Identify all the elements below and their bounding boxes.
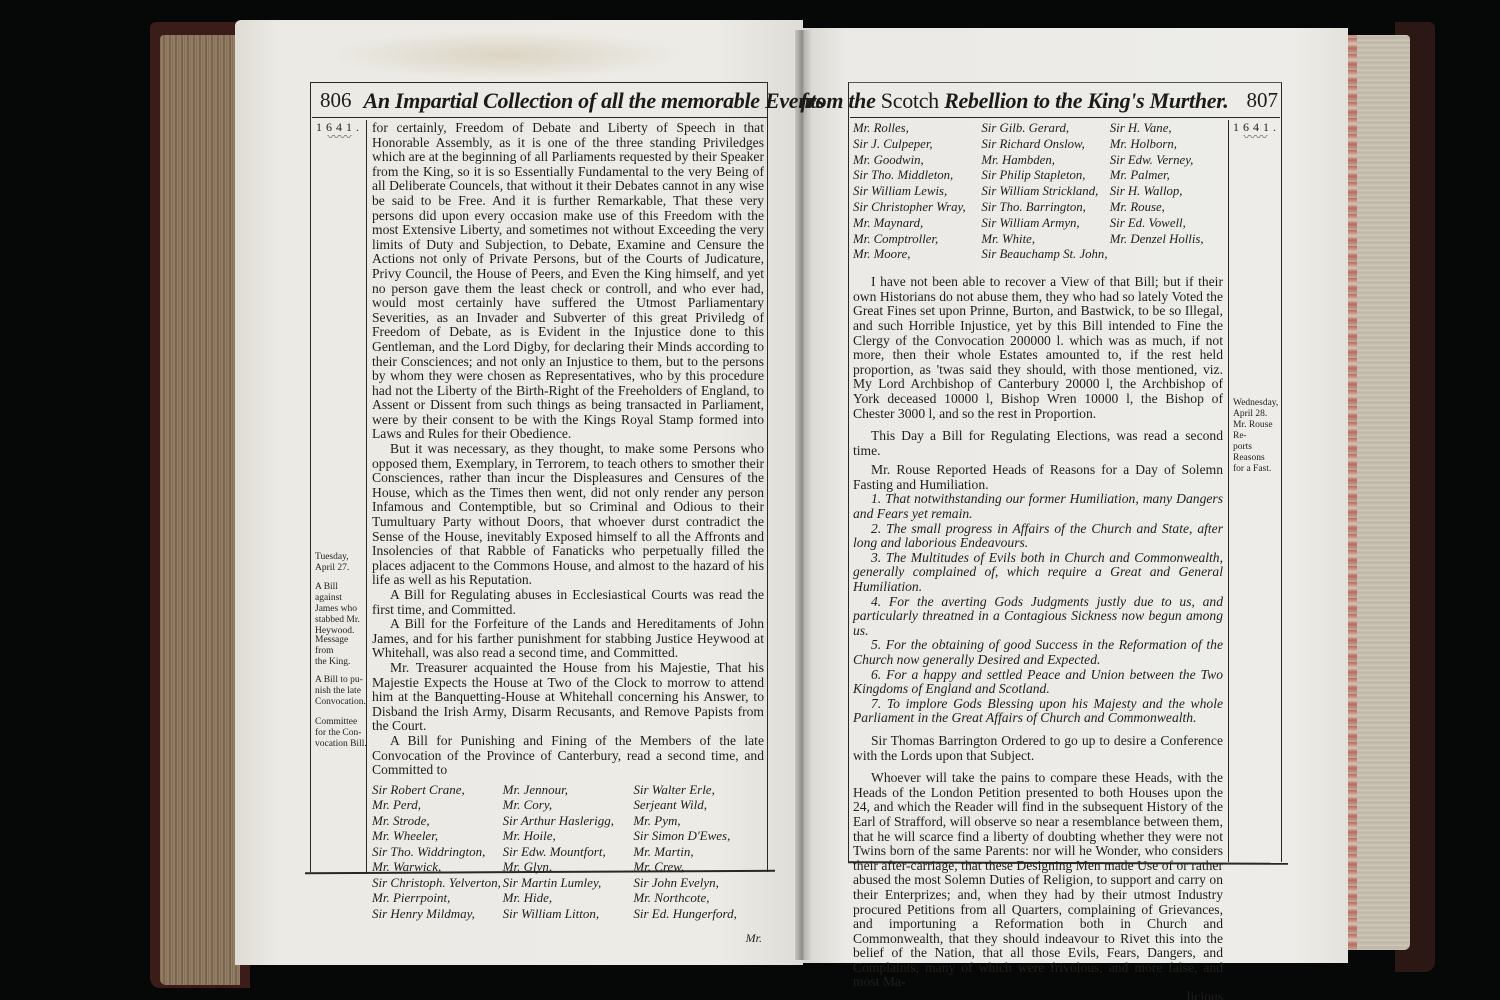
committee-member-name: Mr. Perd, [372,797,503,813]
committee-member-name: Sir Walter Erle, [633,782,764,798]
left-margin-notes: 1641. 〰〰 Tuesday,April 27.A Bill against… [312,120,367,872]
reasons-list: 1. That notwithstanding our former Humil… [853,492,1223,726]
margin-note: Wednesday,April 28.Mr. Rouse Re-ports Re… [1233,398,1285,475]
committee-member-name: Sir Christoph. Yelverton, [372,875,503,891]
committee-member-name: Sir Ed. Vowell, [1110,216,1223,232]
committee-member-name: Sir Henry Mildmay, [372,906,503,922]
committee-member-name: Sir Christopher Wray, [853,200,981,216]
committee-name-list: Mr. Rolles,Sir Gilb. Gerard,Sir H. Vane,… [853,121,1223,263]
page-number: 807 [1247,88,1279,113]
committee-member-name: Sir Tho. Barrington, [981,200,1109,216]
paragraph: This Day a Bill for Regulating Elections… [853,429,1223,458]
committee-member-name: Sir Martin Lumley, [503,875,634,891]
committee-member-name: Mr. Rouse, [1110,200,1223,216]
margin-note: Committeefor the Con-vocation Bill. [315,717,367,750]
left-running-head: 806 An Impartial Collection of all the m… [312,84,767,118]
committee-member-name: Sir William Lewis, [853,184,981,200]
paragraph: for certainly, Freedom of Debate and Lib… [372,121,764,442]
committee-member-name: Sir Gilb. Gerard, [981,121,1109,137]
left-page-body: for certainly, Freedom of Debate and Lib… [372,121,764,946]
margin-note: Message fromthe King. [315,635,367,668]
water-stain [325,30,685,80]
catchword: licious [853,990,1223,1000]
committee-member-name: Sir Arthur Haslerigg, [503,813,634,829]
committee-member-name: Sir John Evelyn, [633,875,764,891]
committee-member-name: Mr. Denzel Hollis, [1110,232,1223,248]
reason-item: 2. The small progress in Affairs of the … [853,522,1223,551]
committee-member-name: Sir Richard Onslow, [981,137,1109,153]
paragraph: Whoever will take the pains to compare t… [853,771,1223,990]
committee-member-name: Mr. Jennour, [503,782,634,798]
paragraph: A Bill for the Forfeiture of the Lands a… [372,617,764,661]
margin-note: Tuesday,April 27. [315,552,367,574]
margin-note: A Bill to pu-nish the lateConvocation. [315,675,367,708]
page-number: 806 [320,88,352,113]
committee-member-name: Mr. Strode, [372,813,503,829]
page-block-right-edge [1355,35,1410,950]
committee-member-name: Sir H. Wallop, [1110,184,1223,200]
book-gutter [795,30,811,960]
committee-member-name: Mr. Wheeler, [372,828,503,844]
committee-member-name: Mr. Moore, [853,247,981,263]
committee-member-name: Sir William Armyn, [981,216,1109,232]
reason-item: 7. To implore Gods Blessing upon his Maj… [853,697,1223,726]
committee-member-name: Mr. Hambden, [981,153,1109,169]
committee-member-name: Mr. Palmer, [1110,168,1223,184]
committee-member-name: Mr. Northcote, [633,890,764,906]
reason-item: 4. For the averting Gods Judgments justl… [853,595,1223,639]
paragraph: Mr. Treasurer acquainted the House from … [372,661,764,734]
committee-member-name: Mr. Goodwin, [853,153,981,169]
running-head-title: An Impartial Collection of all the memor… [364,88,825,114]
committee-member-name: Sir William Litton, [503,906,634,922]
reason-item: 6. For a happy and settled Peace and Uni… [853,668,1223,697]
committee-member-name: Sir H. Vane, [1110,121,1223,137]
committee-name-list: Sir Robert Crane,Mr. Jennour,Sir Walter … [372,782,764,922]
right-running-head: from the Scotch Rebellion to the King's … [850,84,1280,118]
committee-member-name: Sir J. Culpeper, [853,137,981,153]
paragraph: But it was necessary, as they thought, t… [372,442,764,588]
committee-member-name: Sir Philip Stapleton, [981,168,1109,184]
paragraph: A Bill for Punishing and Fining of the M… [372,734,764,778]
committee-member-name: Mr. White, [981,232,1109,248]
reason-item: 1. That notwithstanding our former Humil… [853,492,1223,521]
reason-item: 5. For the obtaining of good Success in … [853,638,1223,667]
committee-member-name: Mr. Holborn, [1110,137,1223,153]
committee-member-name: Mr. Maynard, [853,216,981,232]
committee-member-name [1110,247,1223,263]
committee-member-name: Mr. Pierrpoint, [372,890,503,906]
right-margin-notes: 1641. 〰〰 Wednesday,April 28.Mr. Rouse Re… [1228,120,1280,862]
committee-member-name: Sir Ed. Hungerford, [633,906,764,922]
page-block-left-edge [160,35,240,985]
paragraph: A Bill for Regulating abuses in Ecclesia… [372,588,764,617]
committee-member-name: Sir William Strickland, [981,184,1109,200]
reason-item: 3. The Multitudes of Evils both in Churc… [853,551,1223,595]
committee-member-name: Mr. Pym, [633,813,764,829]
catchword: Mr. [372,931,764,946]
committee-member-name: Sir Tho. Widdrington, [372,844,503,860]
margin-note: A Bill againstJames whostabbed Mr.Heywoo… [315,582,367,637]
committee-member-name: Serjeant Wild, [633,797,764,813]
committee-member-name: Sir Beauchamp St. John, [981,247,1109,263]
paragraph: I have not been able to recover a View o… [853,275,1223,421]
running-head-title: from the Scotch Rebellion to the King's … [800,88,1228,114]
right-page-body: Mr. Rolles,Sir Gilb. Gerard,Sir H. Vane,… [853,121,1223,1000]
paragraph: Mr. Rouse Reported Heads of Reasons for … [853,463,1223,492]
committee-member-name: Sir Simon D'Ewes, [633,828,764,844]
committee-member-name: Mr. Cory, [503,797,634,813]
committee-member-name: Mr. Hoile, [503,828,634,844]
committee-member-name: Sir Tho. Middleton, [853,168,981,184]
paragraph: Sir Thomas Barrington Ordered to go up t… [853,734,1223,763]
committee-member-name: Sir Robert Crane, [372,782,503,798]
committee-member-name: Sir Edw. Mountfort, [503,844,634,860]
committee-member-name: Sir Edw. Verney, [1110,153,1223,169]
committee-member-name: Mr. Comptroller, [853,232,981,248]
committee-member-name: Mr. Hide, [503,890,634,906]
committee-member-name: Mr. Rolles, [853,121,981,137]
committee-member-name: Mr. Martin, [633,844,764,860]
